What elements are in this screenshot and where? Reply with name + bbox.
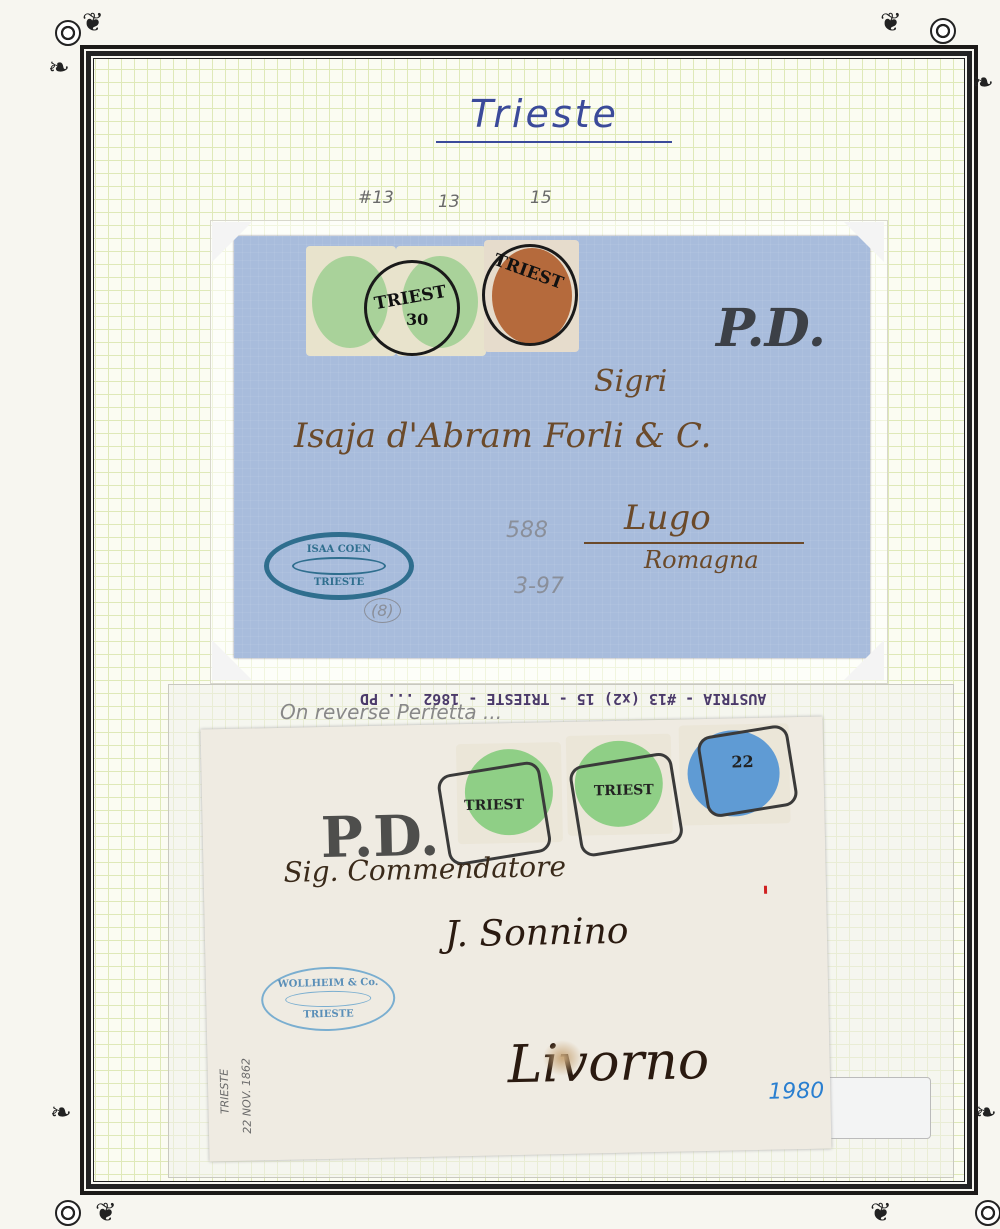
catalog-note: #13 [358, 188, 394, 208]
pencil-note: (8) [364, 598, 401, 623]
handstamp-bottom: TRIESTE [314, 577, 364, 588]
scroll-ornament-icon: ❧ [50, 1100, 72, 1126]
title-underline [436, 141, 672, 143]
scroll-ornament-icon: ❦ [870, 1200, 892, 1226]
scroll-ornament-icon: ❦ [95, 1200, 117, 1226]
catalog-note: 13 [438, 192, 460, 212]
address-addressee: Isaja d'Abram Forli & C. [294, 416, 711, 456]
cover-top[interactable]: TRIEST 30 TRIEST P.D. Sigri Isaja d'Abra… [234, 236, 870, 658]
page-title: Trieste [470, 92, 619, 136]
pencil-note: 588 [506, 518, 548, 543]
postmark-day: 30 [406, 310, 428, 329]
postmark-day: 22 [731, 752, 754, 771]
address-salutation: Sig. Commendatore [283, 850, 566, 889]
address-salutation: Sigri [594, 364, 667, 399]
pd-handstamp: P.D. [716, 298, 826, 359]
address-underline [584, 542, 804, 544]
scroll-ornament-icon: ❦ [880, 10, 902, 36]
merchant-handstamp: ISAA COEN TRIESTE [264, 532, 414, 600]
corner-ornament-icon [930, 18, 956, 44]
scroll-ornament-icon: ❧ [975, 1100, 997, 1126]
postmark-town: TRIEST [594, 782, 654, 799]
sleeve-purple-note: AUSTRIA - #13 (x2) 15 - TRIESTE - 1862 .… [360, 690, 766, 708]
pencil-note: TRIESTE [218, 1069, 232, 1114]
merchant-handstamp: WOLLHEIM & Co. TRIESTE [261, 966, 396, 1033]
catalog-note: 15 [530, 188, 552, 208]
blue-ink-note: 1980 [768, 1079, 825, 1105]
cover-bottom[interactable]: TRIEST TRIEST 22 P.D. Sig. Commendatore … [201, 717, 832, 1162]
address-city: Lugo [624, 498, 711, 538]
red-mark [764, 886, 767, 894]
scroll-ornament-icon: ❧ [48, 55, 70, 81]
pencil-note: 3-97 [514, 574, 564, 599]
corner-ornament-icon [55, 1200, 81, 1226]
scroll-ornament-icon: ❧ [972, 70, 994, 96]
postmark-boxed [568, 751, 685, 858]
postmark-town: TRIEST [464, 797, 524, 814]
address-addressee: J. Sonnino [444, 911, 628, 956]
scroll-ornament-icon: ❦ [82, 10, 104, 36]
corner-ornament-icon [55, 20, 81, 46]
handstamp-top: WOLLHEIM & Co. [277, 977, 378, 990]
handstamp-bottom: TRIESTE [303, 1008, 354, 1020]
address-city: Livorno [507, 1031, 710, 1095]
corner-ornament-icon [975, 1200, 1000, 1226]
address-region: Romagna [644, 546, 759, 574]
handstamp-top: ISAA COEN [307, 544, 371, 555]
pencil-note: 22 NOV. 1862 [239, 1058, 254, 1134]
